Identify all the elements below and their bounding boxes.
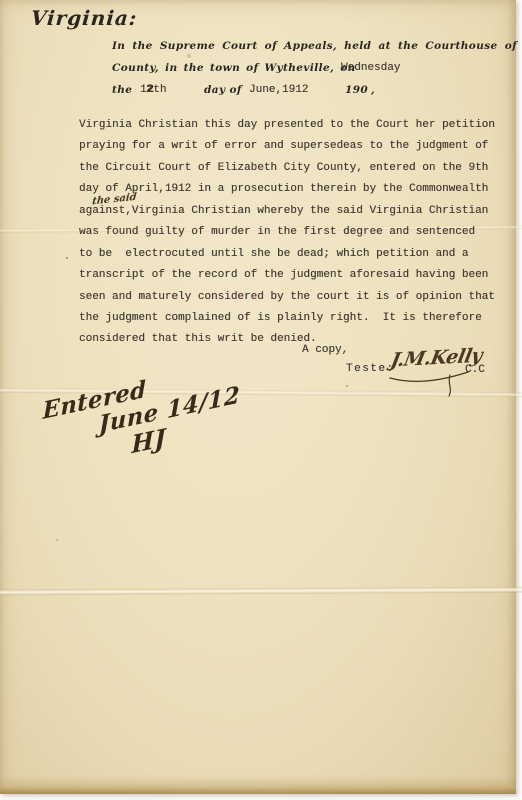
form-year-prefix: 190 [345,84,368,96]
body-line: the Circuit Court of Elizabeth City Coun… [79,158,495,179]
typed-month-year: June,1912 [249,84,308,96]
body-line: Virginia Christian this day presented to… [79,115,495,136]
day-digit-1: 1 [140,84,147,96]
entered-annotation: Entered June 14/12 HJ [40,352,272,475]
signature-flourish [388,369,474,399]
clerk-title: C.C [465,364,485,376]
typed-day-number: 12th [140,84,166,96]
day-ordinal-suffix: th [153,84,166,96]
form-word-the: the [112,84,132,96]
form-year-punctuation: , [371,84,375,96]
petition-body: Virginia Christian this day presented to… [79,115,495,351]
form-line-2: County, in the town of Wytheville, on [112,62,356,74]
typed-weekday: Wednesday [341,62,400,74]
body-line: praying for a writ of error and supersed… [79,136,495,157]
document-page: Virginia: In the Supreme Court of Appeal… [0,0,516,794]
form-line-1: In the Supreme Court of Appeals, held at… [112,40,522,52]
form-words-day-of: day of [204,84,242,96]
paper-specks [66,257,68,259]
body-line: transcript of the record of the judgment… [79,265,495,286]
fold-crease-bottom [0,587,522,596]
state-heading: Virginia: [30,6,138,30]
body-line: the judgment complained of is plainly ri… [79,308,495,329]
body-line: against,Virginia Christian whereby the s… [79,201,495,222]
paper-bottom-edge [0,776,516,794]
body-line: to be electrocuted until she be dead; wh… [79,244,495,265]
body-line: seen and maturely considered by the cour… [79,287,495,308]
copy-note: A copy, [302,344,348,356]
body-line: day of April,1912 in a prosecution there… [79,179,495,200]
body-line: was found guilty of murder in the first … [79,222,495,243]
